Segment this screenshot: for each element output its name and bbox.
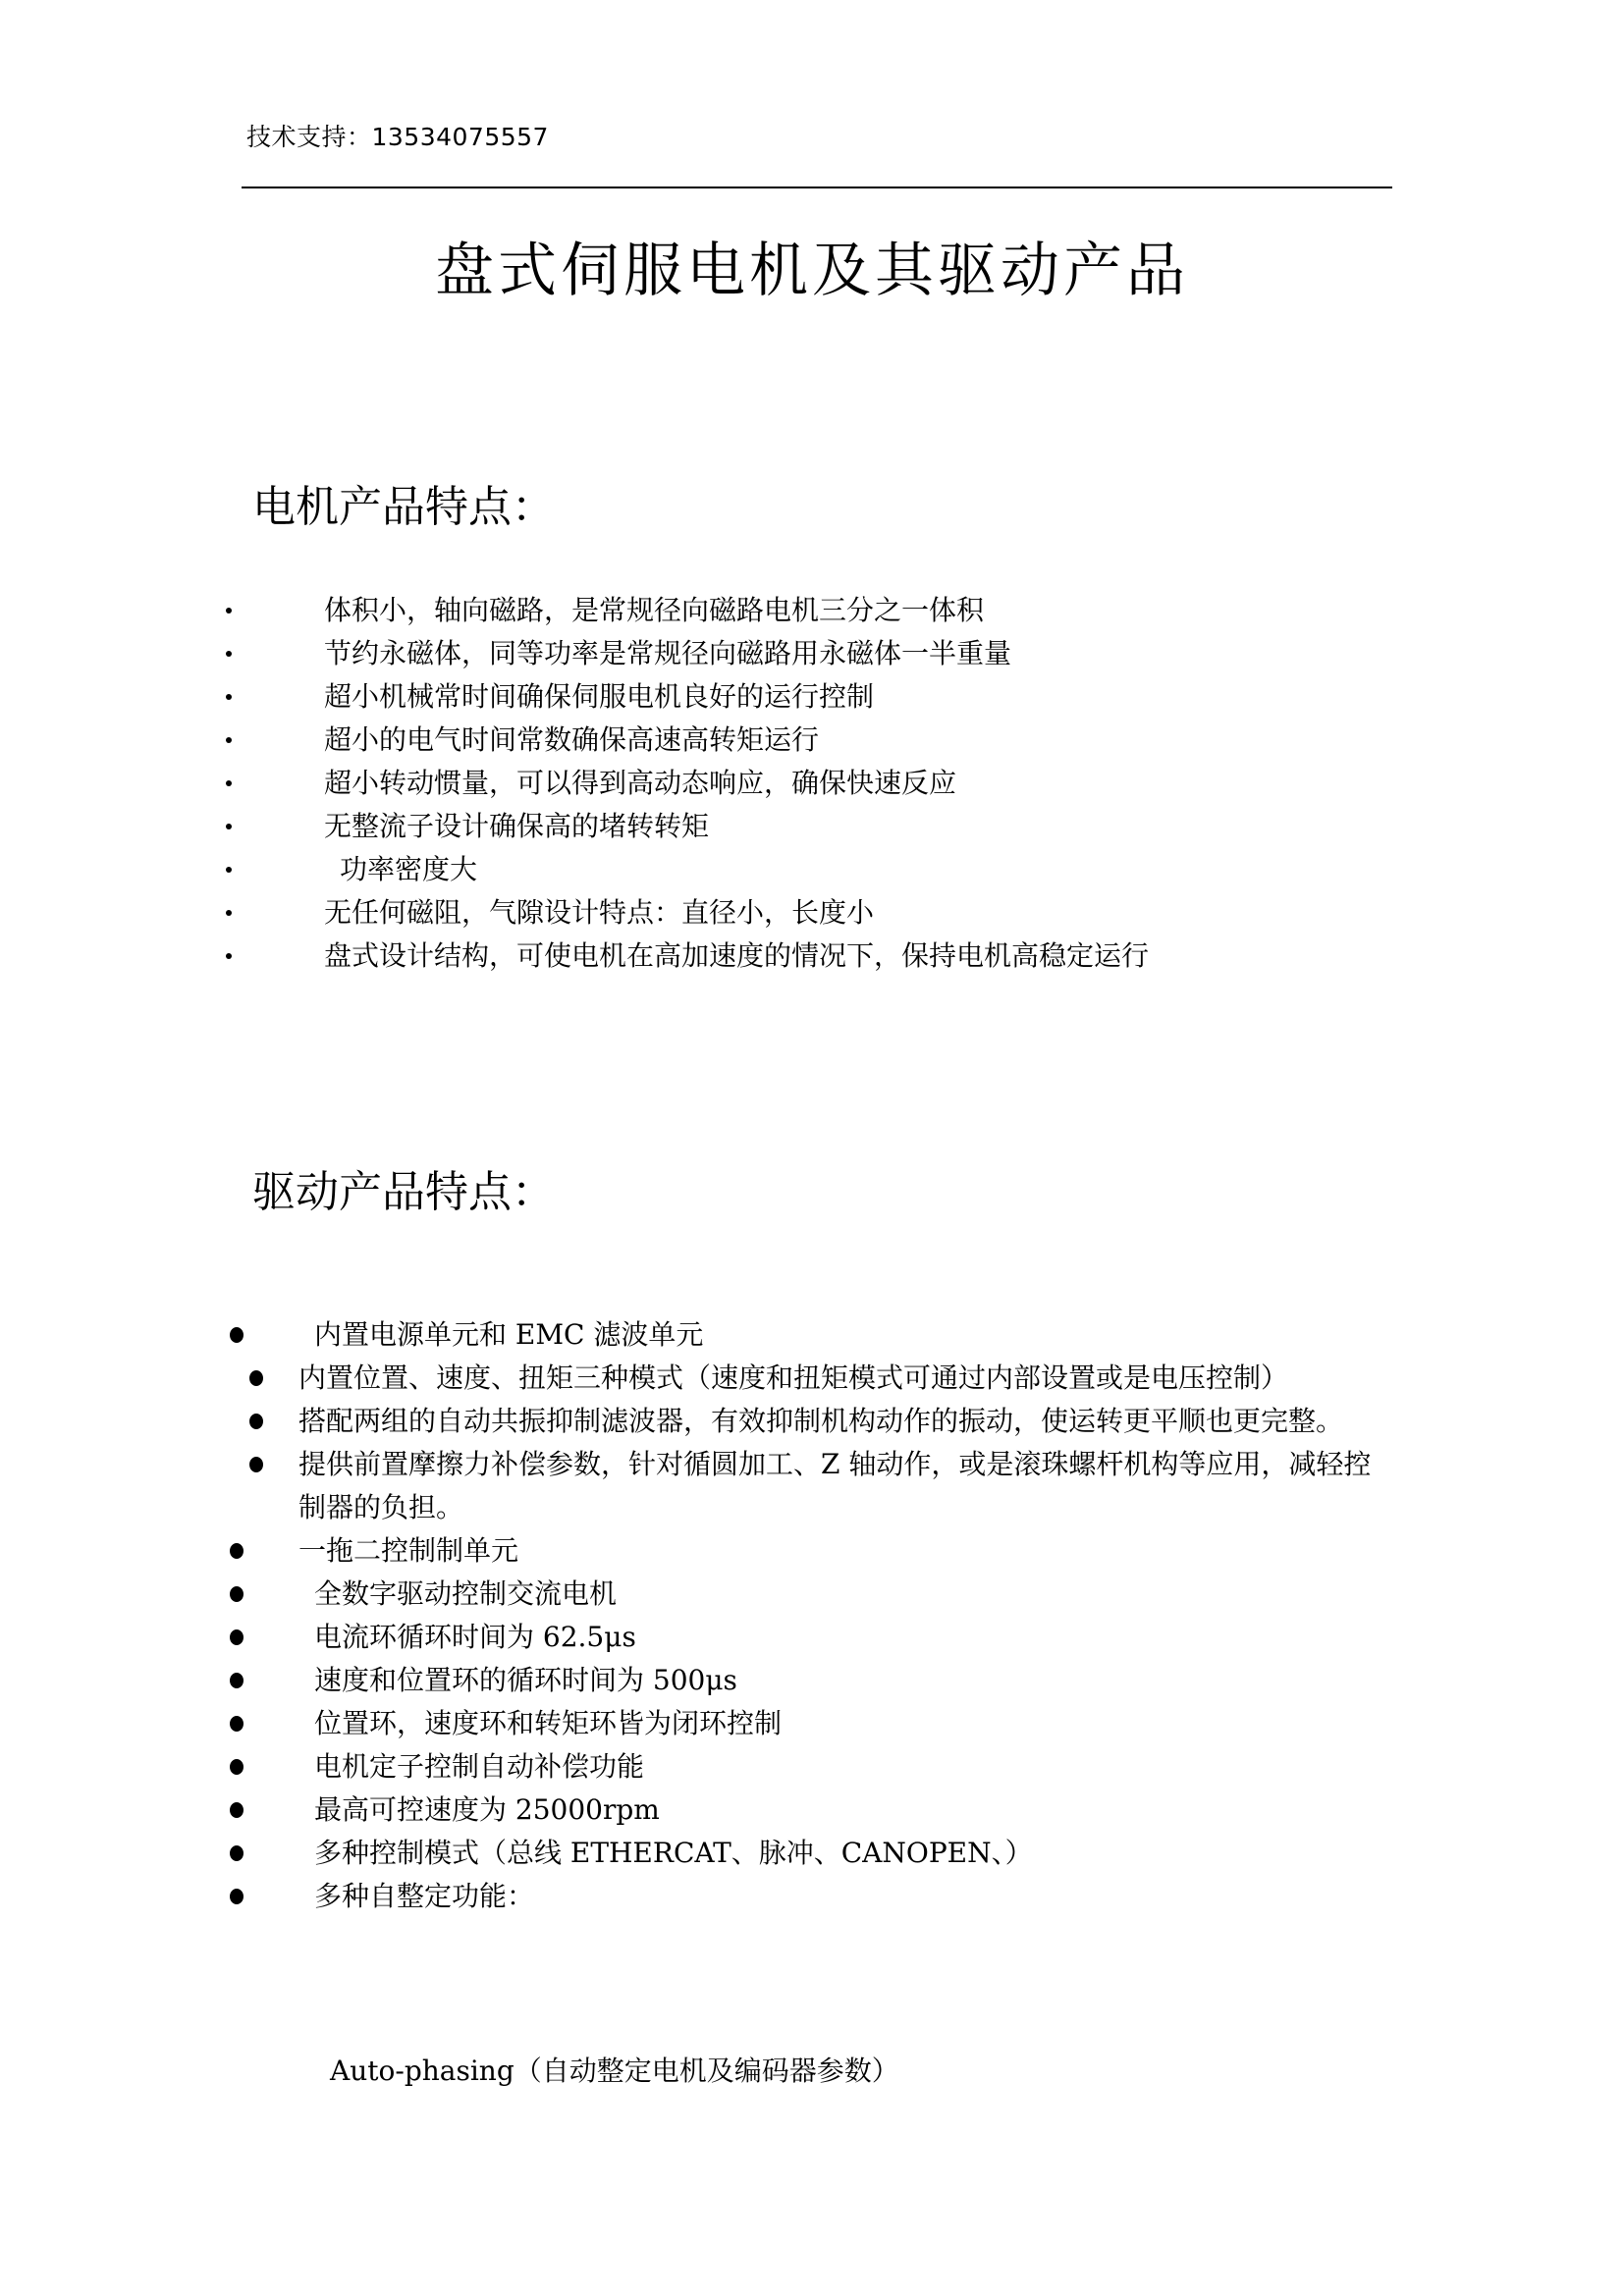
list-item: 搭配两组的自动共振抑制滤波器，有效抑制机构动作的振动，使运转更平顺也更完整。 bbox=[226, 1400, 1404, 1443]
bullet-icon bbox=[226, 824, 232, 829]
list-item: 一拖二控制制单元 bbox=[226, 1529, 1404, 1573]
bullet-icon bbox=[249, 1457, 263, 1472]
list-item: 电机定子控制自动补偿功能 bbox=[226, 1745, 1404, 1789]
document-title: 盘式伺服电机及其驱动产品 bbox=[0, 224, 1624, 308]
list-item: 内置位置、速度、扭矩三种模式（速度和扭矩模式可通过内部设置或是电压控制） bbox=[226, 1357, 1404, 1400]
bullet-icon bbox=[230, 1845, 244, 1861]
list-item: 提供前置摩擦力补偿参数，针对循圆加工、Z 轴动作，或是滚珠螺杆机构等应用，减轻控… bbox=[226, 1443, 1404, 1529]
bullet-icon bbox=[226, 953, 232, 959]
list-item: 位置环，速度环和转矩环皆为闭环控制 bbox=[226, 1702, 1404, 1745]
list-item: 多种控制模式（总线 ETHERCAT、脉冲、CANOPEN、） bbox=[226, 1832, 1404, 1875]
motor-features-heading: 电机产品特点： bbox=[252, 471, 555, 534]
list-item: 多种自整定功能： bbox=[226, 1875, 1404, 1918]
bullet-icon bbox=[230, 1889, 244, 1904]
bullet-icon bbox=[226, 694, 232, 700]
bullet-icon bbox=[230, 1327, 244, 1343]
bullet-icon bbox=[230, 1543, 244, 1559]
bullet-icon bbox=[249, 1370, 263, 1386]
document-page: 技术支持：13534075557 盘式伺服电机及其驱动产品 电机产品特点： 体积… bbox=[0, 0, 1624, 2296]
bullet-icon bbox=[230, 1716, 244, 1732]
list-item: 全数字驱动控制交流电机 bbox=[226, 1573, 1404, 1616]
bullet-icon bbox=[226, 737, 232, 743]
auto-phasing-subitem: Auto-phasing（自动整定电机及编码器参数） bbox=[330, 2050, 899, 2089]
bullet-icon bbox=[249, 1414, 263, 1429]
drive-features-heading: 驱动产品特点： bbox=[252, 1156, 555, 1219]
bullet-icon bbox=[226, 867, 232, 873]
header-divider bbox=[242, 187, 1392, 188]
drive-features-list: 内置电源单元和 EMC 滤波单元 内置位置、速度、扭矩三种模式（速度和扭矩模式可… bbox=[226, 1313, 1404, 1918]
bullet-icon bbox=[230, 1629, 244, 1645]
bullet-icon bbox=[226, 608, 232, 614]
bullet-icon bbox=[226, 780, 232, 786]
bullet-icon bbox=[230, 1673, 244, 1688]
bullet-icon bbox=[226, 651, 232, 657]
list-item: 速度和位置环的循环时间为 500μs bbox=[226, 1659, 1404, 1702]
tech-support-header: 技术支持：13534075557 bbox=[246, 118, 549, 153]
bullet-icon bbox=[230, 1802, 244, 1818]
bullet-icon bbox=[230, 1586, 244, 1602]
list-item: 内置电源单元和 EMC 滤波单元 bbox=[226, 1313, 1404, 1357]
list-item: 最高可控速度为 25000rpm bbox=[226, 1789, 1404, 1832]
bullet-icon bbox=[226, 910, 232, 916]
list-item: 电流环循环时间为 62.5μs bbox=[226, 1616, 1404, 1659]
bullet-icon bbox=[230, 1759, 244, 1775]
